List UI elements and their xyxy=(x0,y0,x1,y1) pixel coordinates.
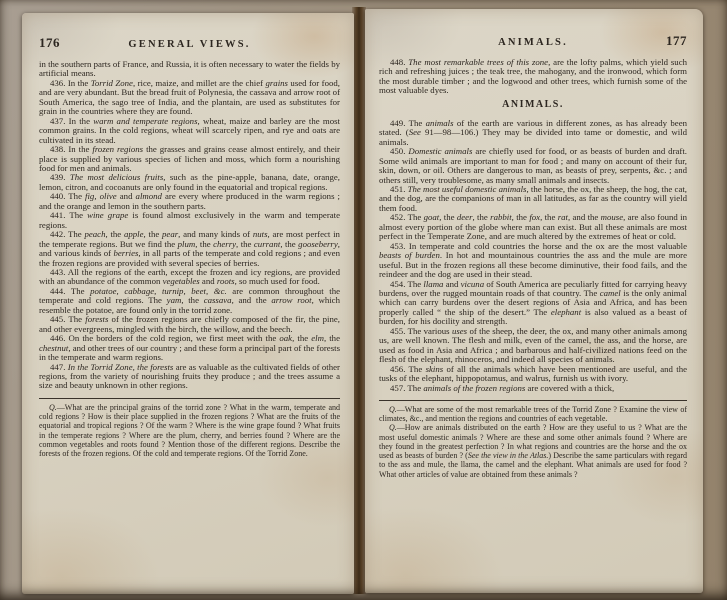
paragraph: 451. The most useful domestic animals, t… xyxy=(379,185,687,213)
questions-divider xyxy=(379,400,687,401)
paragraph: 450. Domestic animals are chiefly used f… xyxy=(379,147,687,185)
paragraph: 443. All the regions of the earth, excep… xyxy=(39,268,340,287)
text-run: 457. The xyxy=(390,383,423,393)
text-run: 91—98—106.) They may be divided into tam… xyxy=(379,127,687,146)
body-text: in the southern parts of France, and Rus… xyxy=(39,60,340,391)
text-run: Q. xyxy=(49,403,57,412)
paragraph: 454. The llama and vicuna of South Ameri… xyxy=(379,280,687,327)
text-run: are covered with a thick, xyxy=(525,383,614,393)
paragraph: 457. The animals of the frozen regions a… xyxy=(379,384,687,393)
paragraph: 436. In the Torrid Zone, rice, maize, an… xyxy=(39,79,340,117)
book-gutter xyxy=(352,7,366,594)
paragraph: 438. In the frozen regions the grasses a… xyxy=(39,145,340,173)
text-run: —What are some of the most remarkable tr… xyxy=(379,405,687,423)
body-text: 449. The animals of the earth are variou… xyxy=(379,119,687,393)
right-page: ANIMALS. 177 448. The most remarkable tr… xyxy=(365,9,703,593)
page-number: 177 xyxy=(647,33,687,49)
text-run: elephant xyxy=(551,307,581,317)
text-run: , and the xyxy=(232,295,272,305)
paragraph: 452. The goat, the deer, the rabbit, the… xyxy=(379,213,687,241)
paragraph: 446. On the borders of the cold region, … xyxy=(39,334,340,362)
right-page-header: ANIMALS. 177 xyxy=(379,33,687,49)
questions-section: Q.—What are the principal grains of the … xyxy=(39,403,340,459)
text-run: wine grape xyxy=(87,210,128,220)
text-run: —What are the principal grains of the to… xyxy=(39,403,340,458)
paragraph: 444. The potatoe, cabbage, turnip, beet,… xyxy=(39,287,340,315)
paragraph: 453. In temperate and cold countries the… xyxy=(379,242,687,280)
paragraph: 455. The various uses of the sheep, the … xyxy=(379,327,687,365)
text-run: , and other trees of our country ; and t… xyxy=(39,343,340,362)
paragraph: 448. The most remarkable trees of this z… xyxy=(379,58,687,96)
book-scan: 176 GENERAL VIEWS. in the southern parts… xyxy=(0,0,727,600)
left-page-header: 176 GENERAL VIEWS. xyxy=(39,35,340,51)
body-text-before-heading: 448. The most remarkable trees of this z… xyxy=(379,58,687,96)
left-page-content: 176 GENERAL VIEWS. in the southern parts… xyxy=(22,13,354,458)
left-page: 176 GENERAL VIEWS. in the southern parts… xyxy=(22,13,354,594)
page-number: 176 xyxy=(39,35,79,51)
text-run: in the southern parts of France, and Rus… xyxy=(39,59,340,78)
running-head: ANIMALS. xyxy=(419,37,647,48)
text-run: animals of the frozen regions xyxy=(423,383,525,393)
paragraph: Q.—What are the principal grains of the … xyxy=(39,403,340,459)
section-heading: ANIMALS. xyxy=(379,99,687,110)
paragraph: 440. The fig, olive and almond are every… xyxy=(39,192,340,211)
paragraph: in the southern parts of France, and Rus… xyxy=(39,60,340,79)
text-run: arrow root xyxy=(271,295,311,305)
text-run: Q. xyxy=(389,405,397,414)
text-run: See xyxy=(409,127,421,137)
running-head: GENERAL VIEWS. xyxy=(79,39,300,50)
questions-divider xyxy=(39,398,340,399)
questions-section: Q.—What are some of the most remarkable … xyxy=(379,405,687,479)
paragraph: Q.—How are animals distributed on the ea… xyxy=(379,423,687,479)
paragraph: 439. The most delicious fruits, such as … xyxy=(39,173,340,192)
paragraph: 449. The animals of the earth are variou… xyxy=(379,119,687,147)
right-page-content: ANIMALS. 177 448. The most remarkable tr… xyxy=(365,9,703,479)
text-run: Q. xyxy=(389,423,397,432)
text-run: See the view in the Atlas. xyxy=(468,451,549,460)
paragraph: 437. In the warm and temperate regions, … xyxy=(39,117,340,145)
paragraph: Q.—What are some of the most remarkable … xyxy=(379,405,687,424)
paragraph: 456. The skins of all the animals which … xyxy=(379,365,687,384)
paragraph: 442. The peach, the apple, the pear, and… xyxy=(39,230,340,268)
paragraph: 445. The forests of the frozen regions a… xyxy=(39,315,340,334)
paragraph: 447. In the Torrid Zone, the forests are… xyxy=(39,363,340,391)
paragraph: 441. The wine grape is found almost excl… xyxy=(39,211,340,230)
